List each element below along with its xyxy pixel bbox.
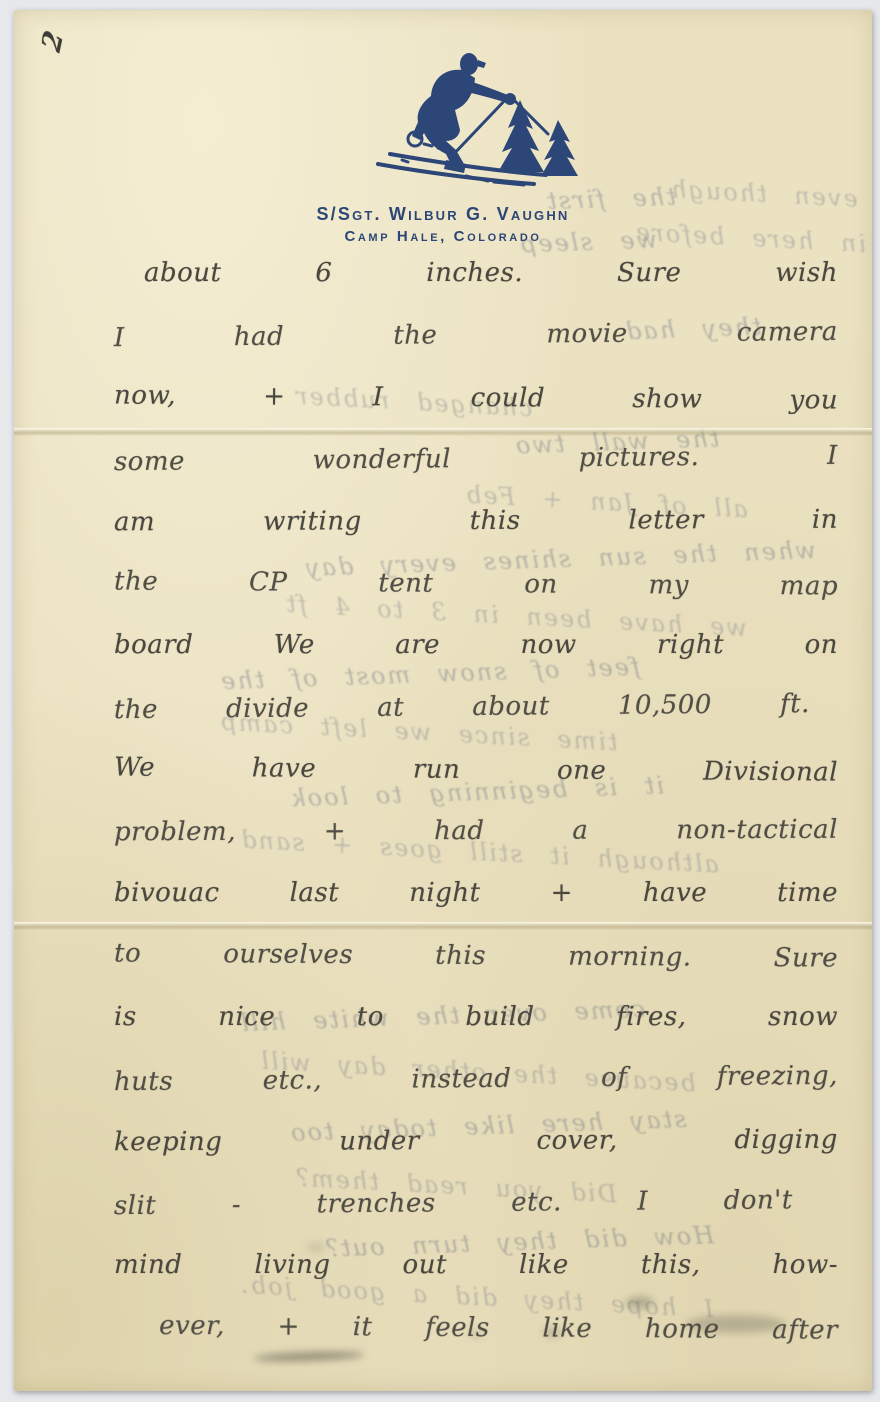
letter-line: slit-trenchesetc.Idon't bbox=[114, 1185, 839, 1253]
letter-line: hutsetc.,insteadoffreezing, bbox=[114, 1061, 839, 1129]
letterhead-name: S/Sgt. Wilbur G. Vaughn bbox=[14, 204, 872, 225]
letter-line: mindlivingoutlikethis,how- bbox=[114, 1250, 838, 1312]
letter-line: somewonderfulpictures.I bbox=[114, 441, 839, 509]
letter-line: bivouaclastnight+havetime bbox=[114, 878, 838, 940]
letter-line: amwritingthisletterin bbox=[114, 505, 838, 570]
letter-line: about6inches.Surewish bbox=[114, 258, 838, 320]
downhill-skier-with-trees-icon bbox=[362, 48, 620, 194]
letter-line: thedivideatabout10,500ft. bbox=[114, 689, 839, 757]
letter-line: problem,+hadanon-tactical bbox=[114, 815, 838, 880]
handwritten-page-mark: 2 bbox=[37, 27, 70, 56]
letter-line: ever,+itfeelslikehomeafter bbox=[114, 1310, 838, 1377]
letter-paper-sheet: the first even though we sleep in here b… bbox=[14, 10, 872, 1391]
letter-line: keepingundercover,digging bbox=[114, 1125, 838, 1190]
letter-line: isnicetobuildfires,snow bbox=[114, 1002, 838, 1064]
letter-line: boardWearenowrighton bbox=[114, 630, 838, 692]
letter-line: toourselvesthismorning.Sure bbox=[114, 938, 838, 1005]
letter-line: WehaverunoneDivisional bbox=[114, 752, 838, 819]
letter-line: Ihadthemoviecamera bbox=[114, 317, 839, 385]
skier-logo-svg bbox=[362, 48, 620, 194]
letter-line: now,+Icouldshowyou bbox=[114, 380, 838, 447]
letterhead-location: Camp Hale, Colorado bbox=[14, 228, 872, 245]
letter-body: about6inches.Surewish Ihadthemoviecamera… bbox=[114, 258, 838, 1374]
letter-line: theCPtentonmymap bbox=[114, 566, 838, 633]
